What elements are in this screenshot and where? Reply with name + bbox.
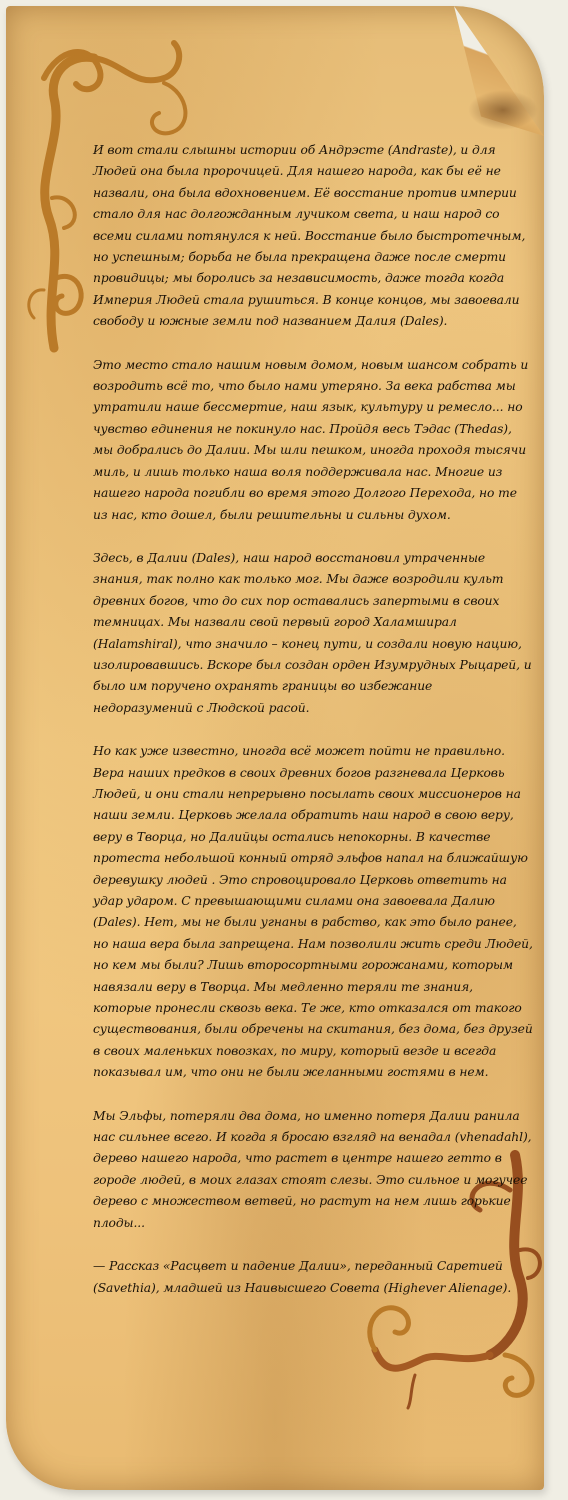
story-text: И вот стали слышны истории об Андрэсте (… bbox=[93, 140, 533, 1321]
paragraph-5: Мы Эльфы, потеряли два дома, но именно п… bbox=[93, 1106, 533, 1234]
paragraph-4: Но как уже известно, иногда всё может по… bbox=[93, 741, 533, 1084]
paragraph-3: Здесь, в Далии (Dales), наш народ восста… bbox=[93, 548, 533, 719]
paragraph-2: Это место стало нашим новым домом, новым… bbox=[93, 355, 533, 526]
page-curl-shadow bbox=[468, 90, 538, 130]
signature: — Рассказ «Расцвет и падение Далии», пер… bbox=[93, 1256, 533, 1299]
paragraph-1: И вот стали слышны истории об Андрэсте (… bbox=[93, 140, 533, 333]
